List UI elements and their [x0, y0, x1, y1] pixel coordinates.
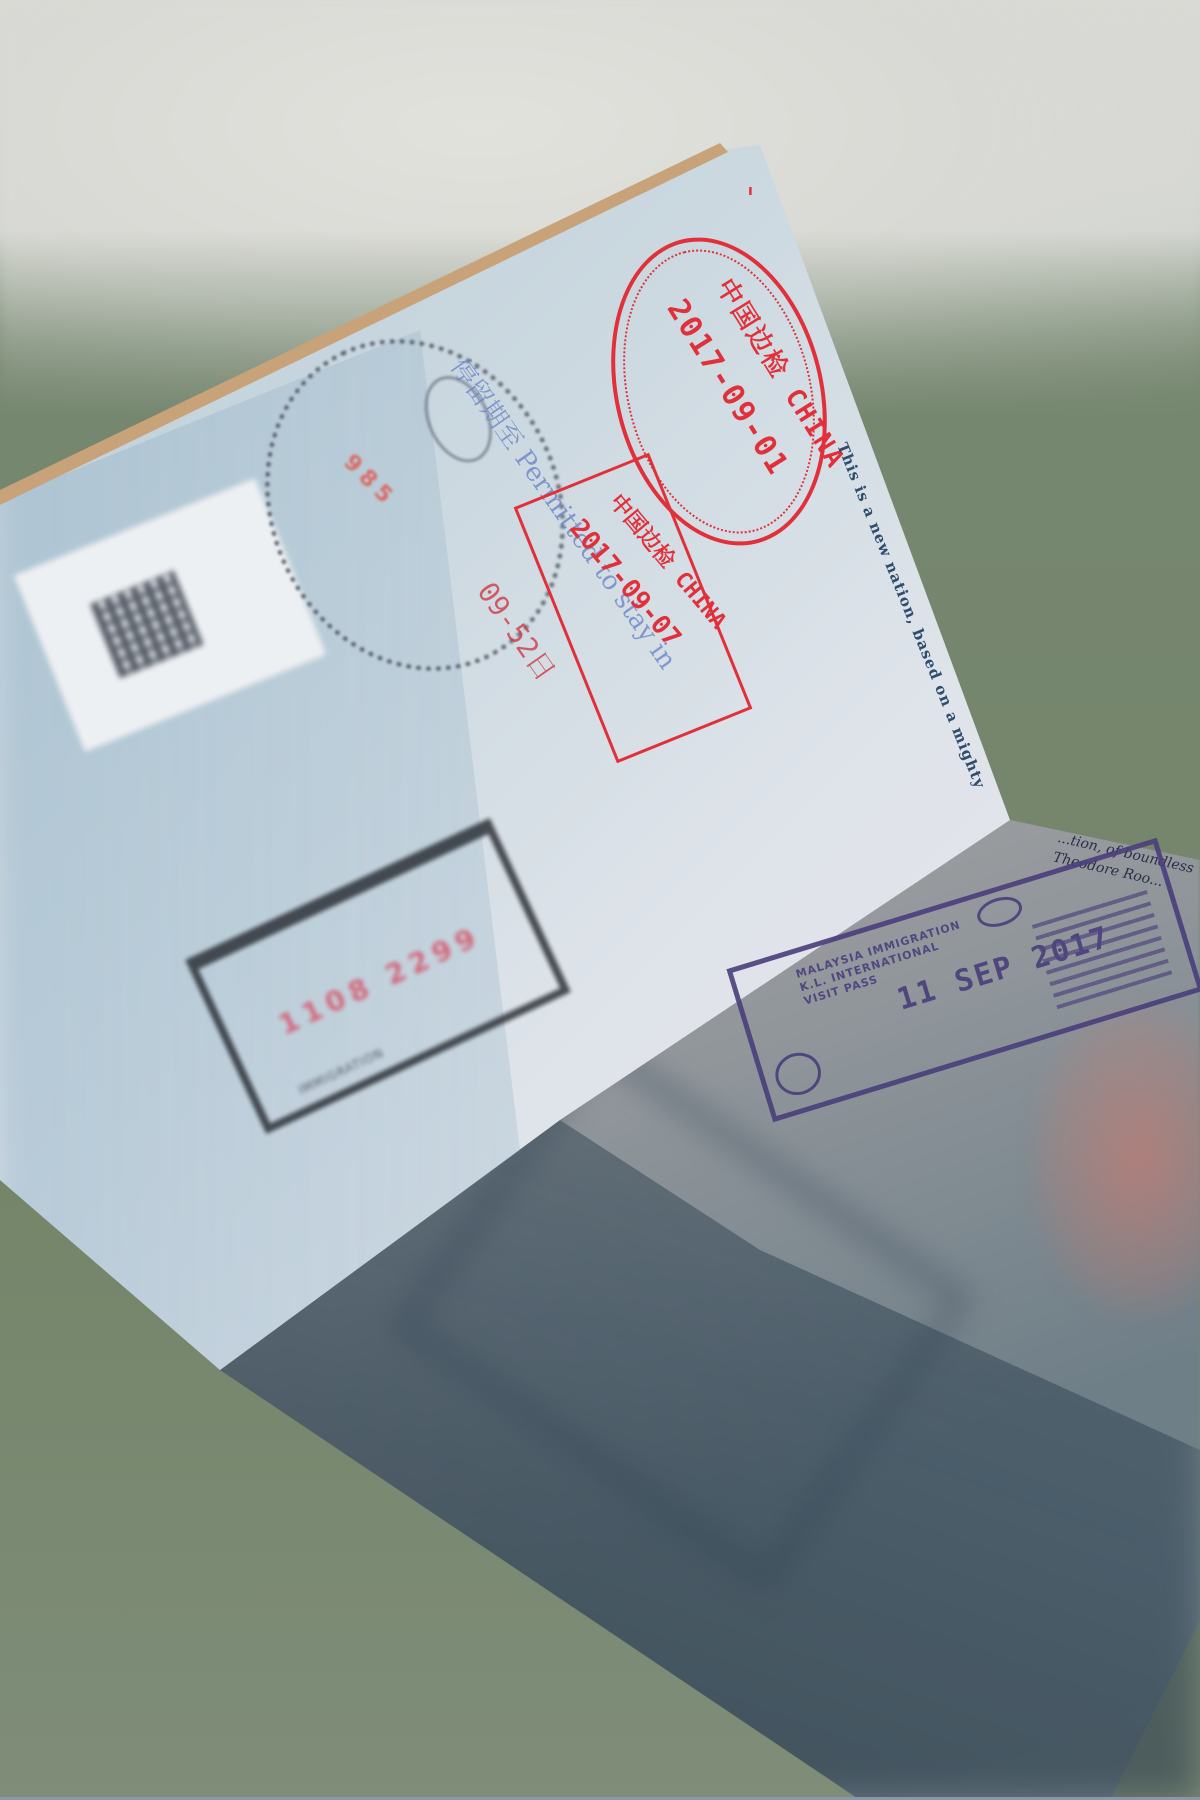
- emblem-icon: [974, 892, 1026, 932]
- red-mark: ı: [748, 183, 753, 199]
- qr-code-icon: [90, 570, 203, 678]
- signature-lines: [1031, 888, 1172, 1009]
- rect-stamp-number: 1108 2299: [273, 919, 486, 1042]
- round-stamp-number: 985: [338, 450, 401, 513]
- seal-icon: [770, 1047, 826, 1101]
- passport-photo: 985 停留期至 Permitted to stay in 09-52日 中国边…: [0, 0, 1200, 1800]
- blurred-red-stamp: [1030, 1000, 1200, 1320]
